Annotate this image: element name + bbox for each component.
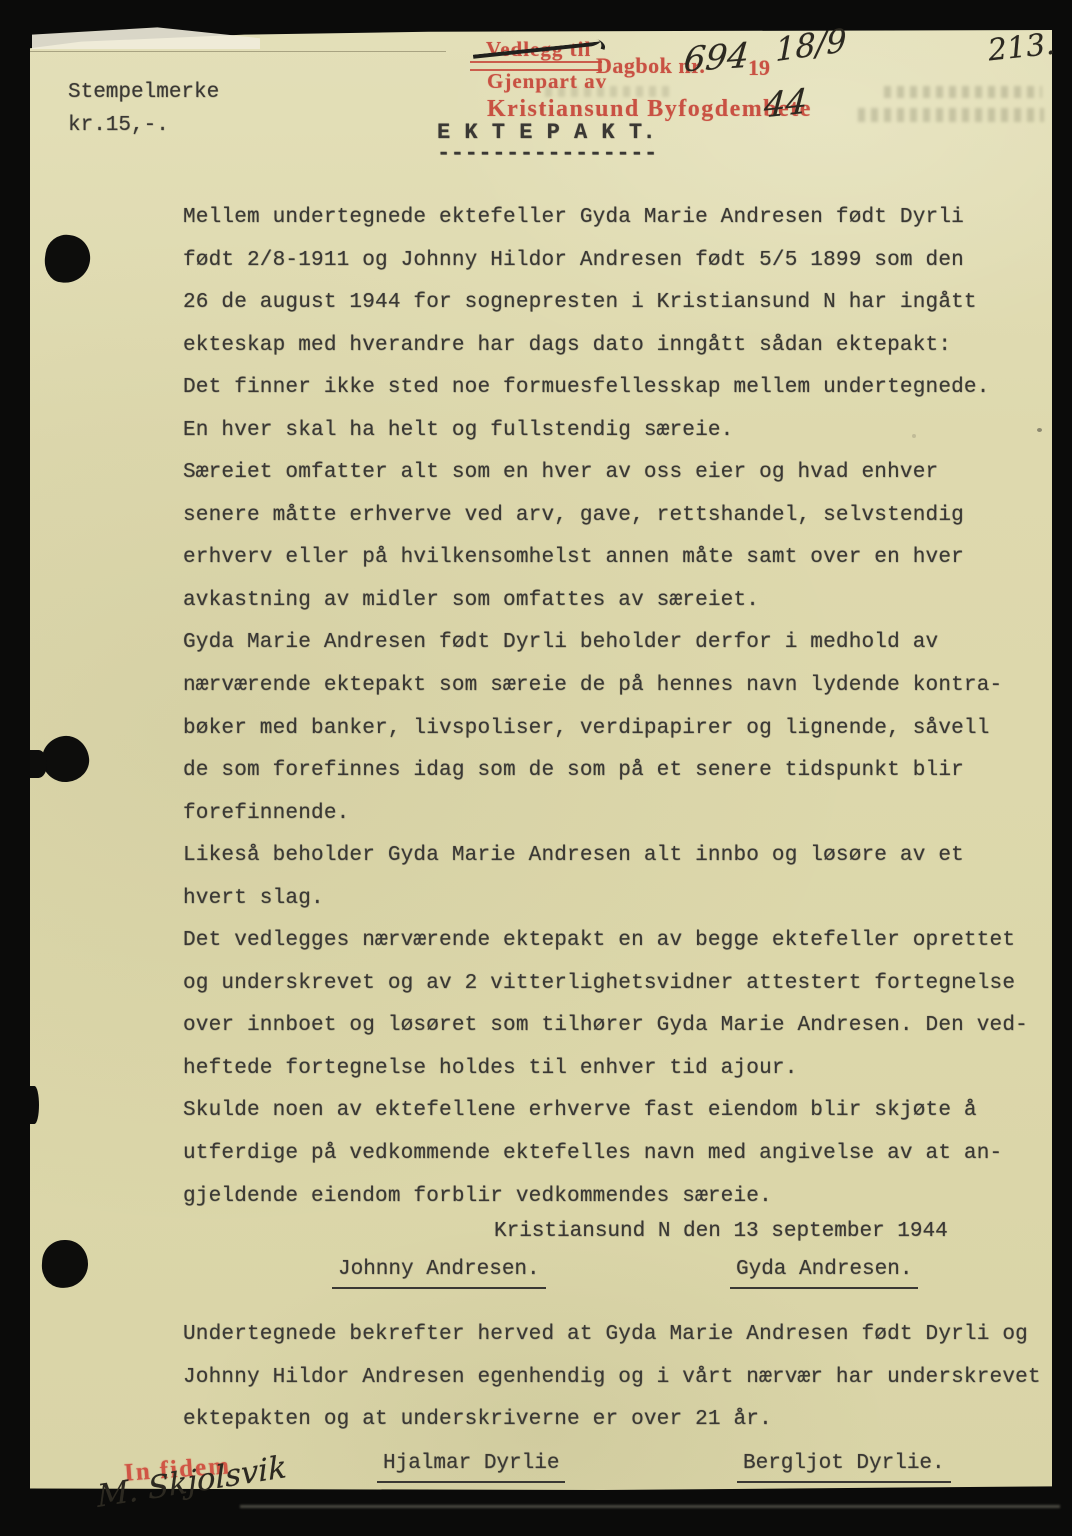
typed-line: og underskrevet og av 2 vitterlighetsvid…	[183, 963, 1028, 1006]
typed-line: erhverv eller på hvilkensomhelst annen m…	[183, 537, 1028, 580]
witness-statement: Undertegnede bekrefter herved at Gyda Ma…	[183, 1314, 1041, 1442]
typed-line: nærværende ektepakt som særeie de på hen…	[183, 665, 1028, 708]
signature-hjalmar-dyrlie: Hjalmar Dyrlie	[377, 1452, 565, 1483]
typed-line: ektepakten og at underskriverne er over …	[183, 1399, 1041, 1442]
typed-line: 26 de august 1944 for sognepresten i Kri…	[183, 282, 1028, 325]
paper-edge-sliver	[32, 25, 260, 49]
typed-line: senere måtte erhverve ved arv, gave, ret…	[183, 495, 1028, 538]
stamp-duty-line2: kr.15,-.	[68, 109, 219, 142]
stamp-duty-line1: Stempelmerke	[68, 76, 219, 109]
document-body: Mellem undertegnede ektefeller Gyda Mari…	[183, 197, 1028, 1218]
typed-line: heftede fortegnelse holdes til enhver ti…	[183, 1048, 1028, 1091]
show-through-text	[884, 86, 1042, 98]
typed-line: hvert slag.	[183, 878, 1028, 921]
show-through-text	[858, 108, 1044, 122]
signature-bergljot-dyrlie: Bergljot Dyrlie.	[737, 1452, 951, 1483]
typed-line: Likeså beholder Gyda Marie Andresen alt …	[183, 835, 1028, 878]
stamp-kept-option-label: Gjenpart av	[487, 69, 607, 94]
typed-line: over innboet og løsøret som tilhører Gyd…	[183, 1005, 1028, 1048]
signature-gyda-andresen: Gyda Andresen.	[730, 1258, 918, 1289]
typed-line: avkastning av midler som omfattes av sær…	[183, 580, 1028, 623]
page-number-handwritten: 213.	[986, 27, 1056, 69]
journal-number-handwritten: 694	[682, 36, 751, 81]
typed-line: forefinnende.	[183, 793, 1028, 836]
typed-line: Det vedlegges nærværende ektepakt en av …	[183, 920, 1028, 963]
typed-line: Skulde noen av ektefellene erhverve fast…	[183, 1090, 1028, 1133]
typed-line: Gyda Marie Andresen født Dyrli beholder …	[183, 622, 1028, 665]
typed-line: En hver skal ha helt og fullstendig sære…	[183, 410, 1028, 453]
year-handwritten: 44	[763, 81, 809, 126]
typed-line: bøker med banker, livspoliser, verdipapi…	[183, 708, 1028, 751]
stamp-duty-note: Stempelmerke kr.15,-.	[68, 76, 219, 142]
typed-line: utferdige på vedkommende ektefelles navn…	[183, 1133, 1028, 1176]
paper-crease	[30, 51, 446, 52]
edge-notch	[30, 750, 47, 778]
typed-line: ekteskap med hverandre har dags dato inn…	[183, 325, 1028, 368]
typed-line: født 2/8-1911 og Johnny Hildor Andresen …	[183, 240, 1028, 283]
typed-line: Særeiet omfatter alt som en hver av oss …	[183, 452, 1028, 495]
typed-line: gjeldende eiendom forblir vedkommendes s…	[183, 1176, 1028, 1219]
typed-line: Johnny Hildor Andresen egenhendig og i v…	[183, 1357, 1041, 1400]
typed-line: Mellem undertegnede ektefeller Gyda Mari…	[183, 197, 1028, 240]
signature-johnny-andresen: Johnny Andresen.	[332, 1258, 546, 1289]
edge-notch	[30, 1086, 39, 1124]
place-date-line: Kristiansund N den 13 september 1944	[494, 1220, 948, 1243]
typed-line: Undertegnede bekrefter herved at Gyda Ma…	[183, 1314, 1041, 1357]
typed-line: de som forefinnes idag som de som på et …	[183, 750, 1028, 793]
scan-speck	[912, 434, 916, 438]
typed-line: Det finner ikke sted noe formuesfellessk…	[183, 367, 1028, 410]
scan-speck	[1037, 428, 1042, 432]
scanned-document-page: 213. Stempelmerke kr.15,-. Vedlegg til G…	[0, 0, 1072, 1536]
stamp-year-prefix: 19	[748, 55, 770, 81]
title-underline: ----------------	[437, 141, 658, 166]
next-page-edge	[240, 1505, 1060, 1508]
